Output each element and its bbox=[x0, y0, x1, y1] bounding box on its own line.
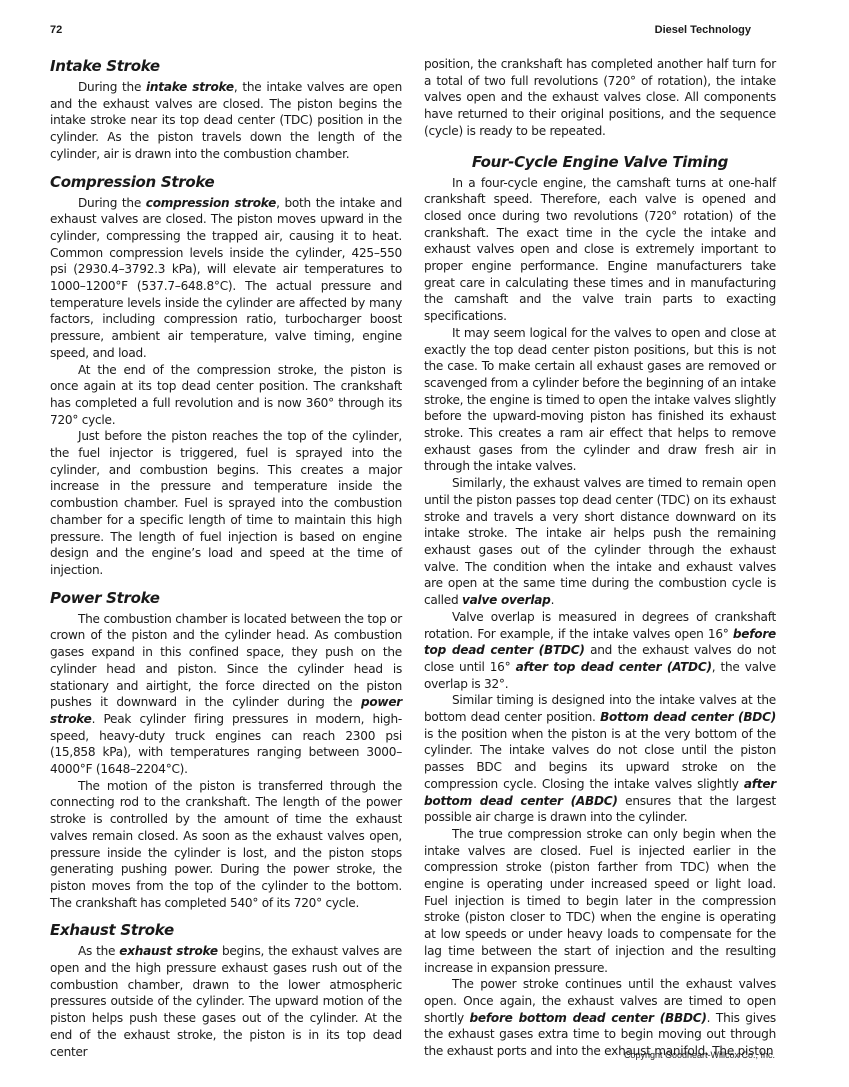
text: . bbox=[551, 593, 555, 607]
text: Similarly, the exhaust valves are timed … bbox=[424, 476, 776, 607]
paragraph: Similar timing is designed into the inta… bbox=[424, 692, 776, 826]
paragraph: The motion of the piston is transferred … bbox=[50, 778, 402, 912]
key-term: compression stroke bbox=[146, 196, 276, 210]
paragraph: Similarly, the exhaust valves are timed … bbox=[424, 475, 776, 609]
section-power-stroke: Power Stroke The combustion chamber is l… bbox=[50, 588, 402, 912]
text: is the position when the piston is at th… bbox=[424, 727, 776, 791]
paragraph: The combustion chamber is located betwee… bbox=[50, 611, 402, 778]
heading-intake-stroke: Intake Stroke bbox=[50, 56, 402, 76]
text: , both the intake and exhaust valves are… bbox=[50, 196, 402, 360]
heading-power-stroke: Power Stroke bbox=[50, 588, 402, 608]
text: . Peak cylinder firing pressures in mode… bbox=[50, 712, 402, 776]
text: begins, the exhaust valves are open and … bbox=[50, 944, 402, 1058]
right-column: position, the crankshaft has completed a… bbox=[424, 56, 776, 1060]
key-term: intake stroke bbox=[146, 80, 234, 94]
key-term: valve overlap bbox=[462, 593, 551, 607]
copyright-footer: Copyright Goodheart-Willcox Co., Inc. bbox=[624, 1050, 775, 1060]
key-term: before bottom dead center (BBDC) bbox=[470, 1011, 707, 1025]
section-exhaust-stroke: Exhaust Stroke As the exhaust stroke beg… bbox=[50, 920, 402, 1060]
text: Valve overlap is measured in degrees of … bbox=[424, 610, 776, 641]
key-term: exhaust stroke bbox=[119, 944, 218, 958]
key-term: Bottom dead center (BDC) bbox=[600, 710, 776, 724]
heading-valve-timing: Four-Cycle Engine Valve Timing bbox=[424, 152, 776, 172]
heading-compression-stroke: Compression Stroke bbox=[50, 172, 402, 192]
paragraph: In a four-cycle engine, the camshaft tur… bbox=[424, 175, 776, 325]
heading-exhaust-stroke: Exhaust Stroke bbox=[50, 920, 402, 940]
left-column: Intake Stroke During the intake stroke, … bbox=[50, 56, 402, 1060]
paragraph: At the end of the compression stroke, th… bbox=[50, 362, 402, 429]
paragraph: The true compression stroke can only beg… bbox=[424, 826, 776, 976]
page-number: 72 bbox=[50, 24, 62, 36]
text: During the bbox=[78, 80, 146, 94]
paragraph: Valve overlap is measured in degrees of … bbox=[424, 609, 776, 693]
key-term: after top dead center (ATDC) bbox=[516, 660, 712, 674]
paragraph: The power stroke continues until the exh… bbox=[424, 976, 776, 1060]
page-header: 72 Diesel Technology bbox=[50, 24, 799, 40]
text: The combustion chamber is located betwee… bbox=[50, 612, 402, 710]
paragraph: As the exhaust stroke begins, the exhaus… bbox=[50, 943, 402, 1060]
paragraph-continuation: position, the crankshaft has completed a… bbox=[424, 56, 776, 140]
paragraph: It may seem logical for the valves to op… bbox=[424, 325, 776, 475]
section-intake-stroke: Intake Stroke During the intake stroke, … bbox=[50, 56, 402, 163]
running-title: Diesel Technology bbox=[655, 24, 751, 36]
section-compression-stroke: Compression Stroke During the compressio… bbox=[50, 172, 402, 579]
text: As the bbox=[78, 944, 119, 958]
paragraph: Just before the piston reaches the top o… bbox=[50, 428, 402, 578]
section-valve-timing: Four-Cycle Engine Valve Timing In a four… bbox=[424, 152, 776, 1060]
paragraph: During the intake stroke, the intake val… bbox=[50, 79, 402, 163]
text: During the bbox=[78, 196, 146, 210]
paragraph: During the compression stroke, both the … bbox=[50, 195, 402, 362]
